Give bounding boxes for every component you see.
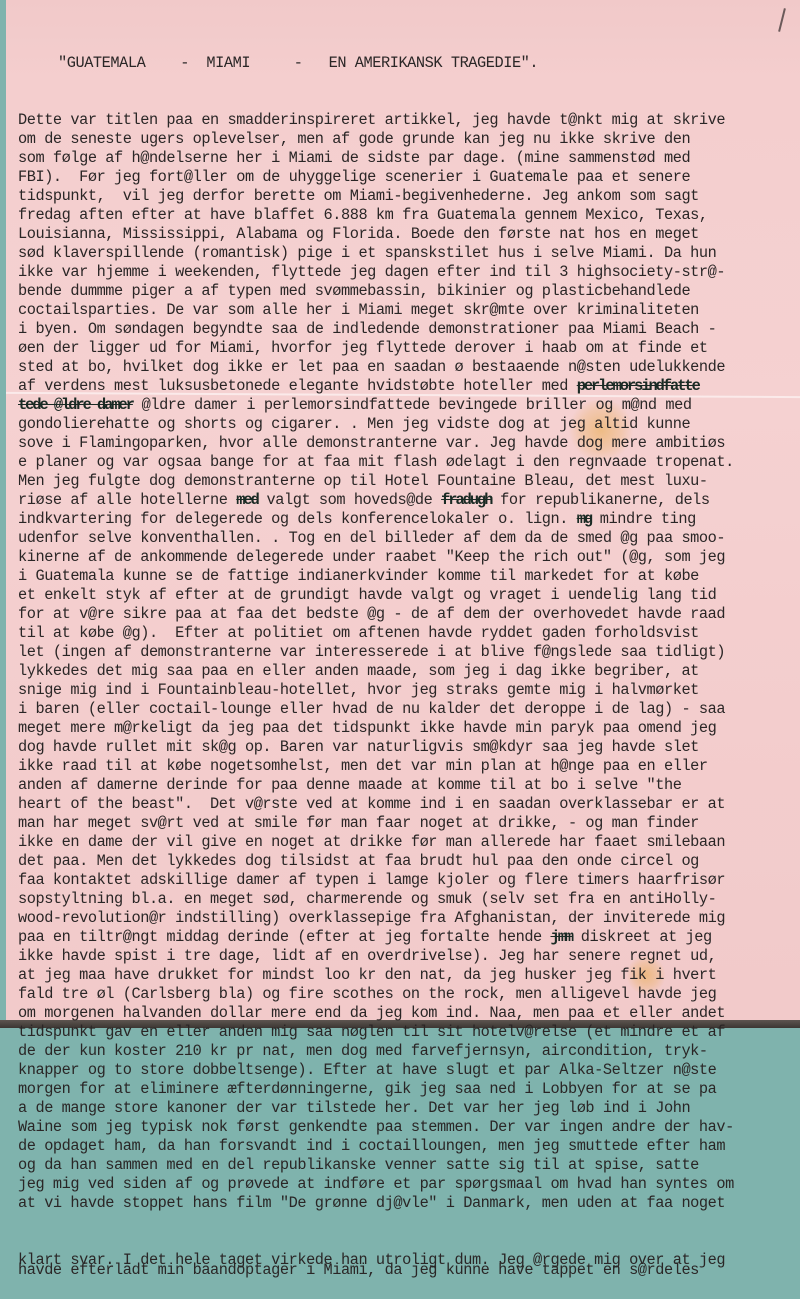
text-line: om morgenen halvanden dollar mere end da… bbox=[18, 1004, 798, 1023]
document-body: "GUATEMALA - MIAMI - EN AMERIKANSK TRAGE… bbox=[18, 16, 798, 1028]
text-line: sted at bo, hvilket dog ikke er let paa … bbox=[18, 358, 798, 377]
document-title: "GUATEMALA - MIAMI - EN AMERIKANSK TRAGE… bbox=[18, 54, 798, 73]
text-line: sove i Flamingoparken, hvor alle demonst… bbox=[18, 434, 798, 453]
text-line: udenfor selve konventhallen. . Tog en de… bbox=[18, 529, 798, 548]
text-line: som følge af h@ndelserne her i Miami de … bbox=[18, 149, 798, 168]
struck-out-text: med bbox=[236, 491, 258, 509]
text-line: snige mig ind i Fountainbleau-hotellet, … bbox=[18, 681, 798, 700]
text-line: tede @ldre damer @ldre damer i perlemors… bbox=[18, 396, 798, 415]
text-line: om de seneste ugers oplevelser, men af g… bbox=[18, 130, 798, 149]
text-line: ikke havde spist i tre dage, lidt af en … bbox=[18, 947, 798, 966]
text-line: i Guatemala kunne se de fattige indianer… bbox=[18, 567, 798, 586]
text-line: bende dummme piger a af typen med svømme… bbox=[18, 282, 798, 301]
text-segment: indkvartering for delegerede og dels kon… bbox=[18, 510, 577, 528]
text-segment: paa en tiltr@ngt middag derinde (efter a… bbox=[18, 928, 551, 946]
text-line: heart of the beast". Det v@rste ved at k… bbox=[18, 795, 798, 814]
text-line: indkvartering for delegerede og dels kon… bbox=[18, 510, 798, 529]
text-line: i byen. Om søndagen begyndte saa de indl… bbox=[18, 320, 798, 339]
text-line: paa en tiltr@ngt middag derinde (efter a… bbox=[18, 928, 798, 947]
text-line: fredag aften efter at have blaffet 6.888… bbox=[18, 206, 798, 225]
document-lines: Dette var titlen paa en smadderinspirere… bbox=[18, 111, 798, 1028]
text-line: i baren (eller coctail-lounge eller hvad… bbox=[18, 700, 798, 719]
text-line: af verdens mest luksusbetonede elegante … bbox=[18, 377, 798, 396]
text-line: faa kontaktet adskillige damer af typen … bbox=[18, 871, 798, 890]
text-line: Louisianna, Mississippi, Alabama og Flor… bbox=[18, 225, 798, 244]
text-line: gondolierehatte og shorts og cigarer. . … bbox=[18, 415, 798, 434]
text-line: Dette var titlen paa en smadderinspirere… bbox=[18, 111, 798, 130]
text-line: lykkedes det mig saa paa en eller anden … bbox=[18, 662, 798, 681]
text-segment: af verdens mest luksusbetonede elegante … bbox=[18, 377, 577, 395]
text-line: coctailsparties. De var som alle her i M… bbox=[18, 301, 798, 320]
struck-out-text: perlemorsindfatte bbox=[577, 377, 699, 395]
struck-out-text: tede @ldre damer bbox=[18, 396, 133, 414]
struck-out-text: mg bbox=[577, 510, 591, 528]
text-line: det paa. Men det lykkedes dog tilsidst a… bbox=[18, 852, 798, 871]
text-line: at jeg maa have drukket for mindst loo k… bbox=[18, 966, 798, 985]
text-line: et enkelt styk af efter at de grundigt h… bbox=[18, 586, 798, 605]
text-line: man har meget sv@rt ved at smile før man… bbox=[18, 814, 798, 833]
text-line: ikke var hjemme i weekenden, flyttede je… bbox=[18, 263, 798, 282]
text-line: for at v@re sikre paa at faa det bedste … bbox=[18, 605, 798, 624]
text-line: anden af damerne derinde for paa denne m… bbox=[18, 776, 798, 795]
text-segment: diskreet at jeg bbox=[572, 928, 712, 946]
text-line: let (ingen af demonstranterne var intere… bbox=[18, 643, 798, 662]
text-line: Men jeg fulgte dog demonstranterne op ti… bbox=[18, 472, 798, 491]
text-line: sopstyltning bl.a. en meget sød, charmer… bbox=[18, 890, 798, 909]
text-line: wood-revolution@r indstilling) overklass… bbox=[18, 909, 798, 928]
text-line: dog havde rullet mit sk@g op. Baren var … bbox=[18, 738, 798, 757]
text-line: ikke raad til at købe nogetsomhelst, men… bbox=[18, 757, 798, 776]
text-line: ikke en dame der vil give en noget at dr… bbox=[18, 833, 798, 852]
struck-out-text: jmm bbox=[551, 928, 573, 946]
text-line: til at købe @g). Efter at politiet om af… bbox=[18, 624, 798, 643]
text-line: sød klaverspillende (romantisk) pige i e… bbox=[18, 244, 798, 263]
text-line: e planer og var ogsaa bange for at faa m… bbox=[18, 453, 798, 472]
text-line: FBI). Før jeg fort@ller om de uhyggelige… bbox=[18, 168, 798, 187]
text-segment: @ldre damer i perlemorsindfattede beving… bbox=[133, 396, 692, 414]
text-line: øen der ligger ud for Miami, hvorfor jeg… bbox=[18, 339, 798, 358]
text-segment: mindre ting bbox=[591, 510, 696, 528]
struck-out-text: fradugh bbox=[441, 491, 491, 509]
text-segment: riøse af alle hotellerne bbox=[18, 491, 236, 509]
text-line: fald tre øl (Carlsberg bla) og fire scot… bbox=[18, 985, 798, 1004]
text-line: tidspunkt gav en eller anden mig saa nøg… bbox=[18, 1023, 798, 1028]
text-segment: valgt som hoveds@de bbox=[258, 491, 441, 509]
text-line: tidspunkt, vil jeg derfor berette om Mia… bbox=[18, 187, 798, 206]
text-line: meget mere m@rkeligt da jeg paa det tids… bbox=[18, 719, 798, 738]
text-line: kinerne af de ankommende delegerede unde… bbox=[18, 548, 798, 567]
text-segment: for republikanerne, dels bbox=[491, 491, 709, 509]
text-line: riøse af alle hotellerne med valgt som h… bbox=[18, 491, 798, 510]
